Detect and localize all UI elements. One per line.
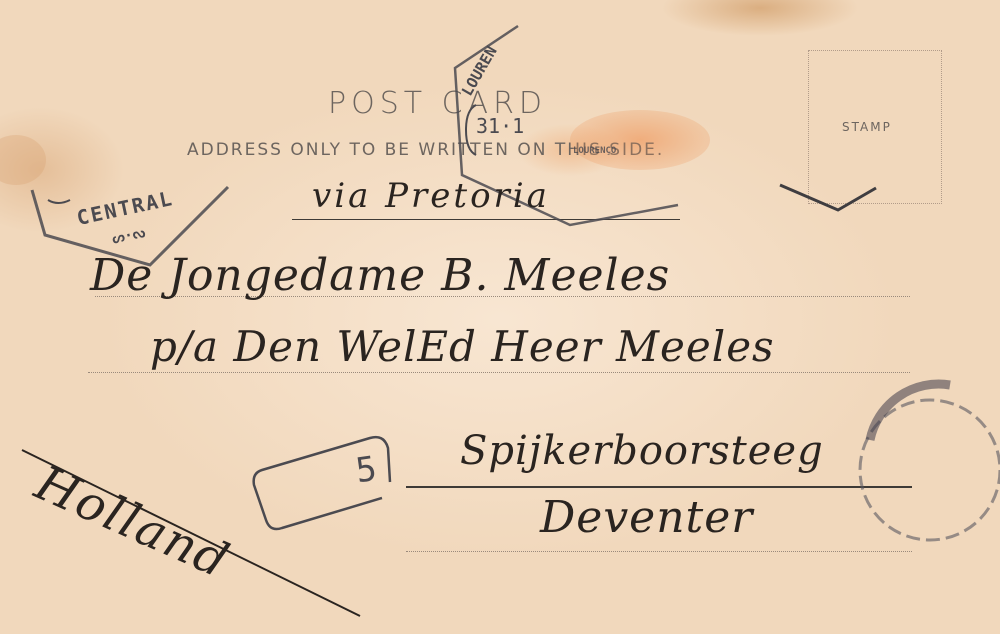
city-line: Deventer xyxy=(540,492,753,543)
street-line: Spijkerboorsteeg xyxy=(460,428,824,474)
postmark-lourenco-overprint: LOURENÇO xyxy=(573,146,616,156)
addressee-name: De Jongedame B. Meeles xyxy=(90,250,670,301)
care-of-line: p/a Den WelEd Heer Meeles xyxy=(150,322,775,371)
postmark-lourenco-date: 31·1 xyxy=(476,114,524,138)
routing-note: via Pretoria xyxy=(312,176,550,216)
postcard: POST CARD ADDRESS ONLY TO BE WRITTEN ON … xyxy=(0,0,1000,634)
